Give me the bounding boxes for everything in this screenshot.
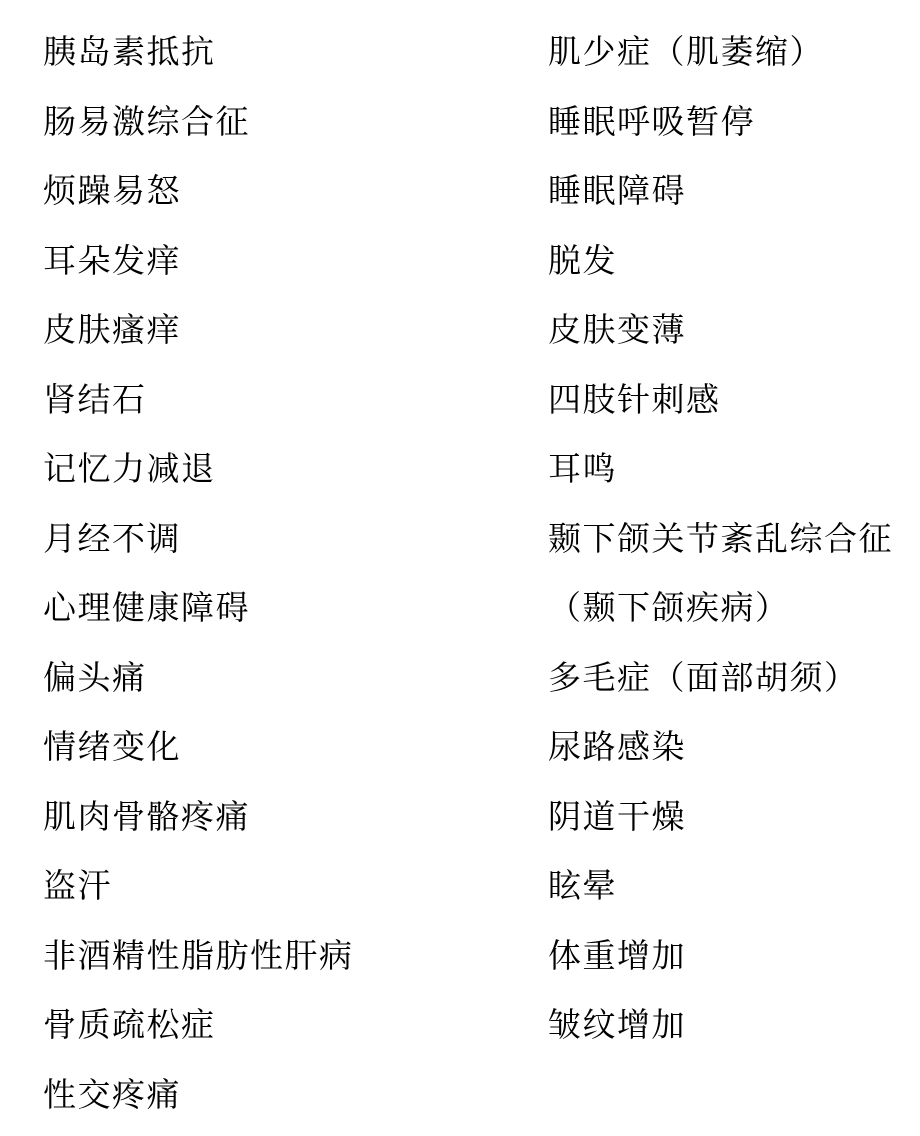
list-item: 胰岛素抵抗 <box>43 19 354 89</box>
list-item: 烦躁易怒 <box>43 158 354 228</box>
list-item: 骨质疏松症 <box>43 992 354 1062</box>
list-item: 心理健康障碍 <box>43 575 354 645</box>
list-item: 皮肤瘙痒 <box>43 297 354 367</box>
list-item: 脱发 <box>548 228 893 298</box>
list-item: （颞下颌疾病） <box>548 575 893 645</box>
list-item: 皮肤变薄 <box>548 297 893 367</box>
list-item: 尿路感染 <box>548 714 893 784</box>
list-item: 颞下颌关节紊乱综合征 <box>548 506 893 576</box>
list-item: 耳朵发痒 <box>43 228 354 298</box>
list-item: 记忆力减退 <box>43 436 354 506</box>
list-item: 睡眠障碍 <box>548 158 893 228</box>
list-item: 体重增加 <box>548 923 893 993</box>
document-page: 胰岛素抵抗 肠易激综合征 烦躁易怒 耳朵发痒 皮肤瘙痒 肾结石 记忆力减退 月经… <box>0 0 920 1136</box>
list-item: 非酒精性脂肪性肝病 <box>43 923 354 993</box>
list-item: 多毛症（面部胡须） <box>548 645 893 715</box>
list-item: 肾结石 <box>43 367 354 437</box>
list-item: 性交疼痛 <box>43 1062 354 1132</box>
list-item: 肌少症（肌萎缩） <box>548 19 893 89</box>
list-item: 肠易激综合征 <box>43 89 354 159</box>
symptom-list-left-column: 胰岛素抵抗 肠易激综合征 烦躁易怒 耳朵发痒 皮肤瘙痒 肾结石 记忆力减退 月经… <box>43 19 354 1131</box>
symptom-list-right-column: 肌少症（肌萎缩） 睡眠呼吸暂停 睡眠障碍 脱发 皮肤变薄 四肢针刺感 耳鸣 颞下… <box>548 19 893 1062</box>
list-item: 耳鸣 <box>548 436 893 506</box>
list-item: 眩晕 <box>548 853 893 923</box>
list-item: 盗汗 <box>43 853 354 923</box>
list-item: 四肢针刺感 <box>548 367 893 437</box>
list-item: 偏头痛 <box>43 645 354 715</box>
list-item: 肌肉骨骼疼痛 <box>43 784 354 854</box>
list-item: 睡眠呼吸暂停 <box>548 89 893 159</box>
list-item: 月经不调 <box>43 506 354 576</box>
list-item: 皱纹增加 <box>548 992 893 1062</box>
list-item: 情绪变化 <box>43 714 354 784</box>
list-item: 阴道干燥 <box>548 784 893 854</box>
